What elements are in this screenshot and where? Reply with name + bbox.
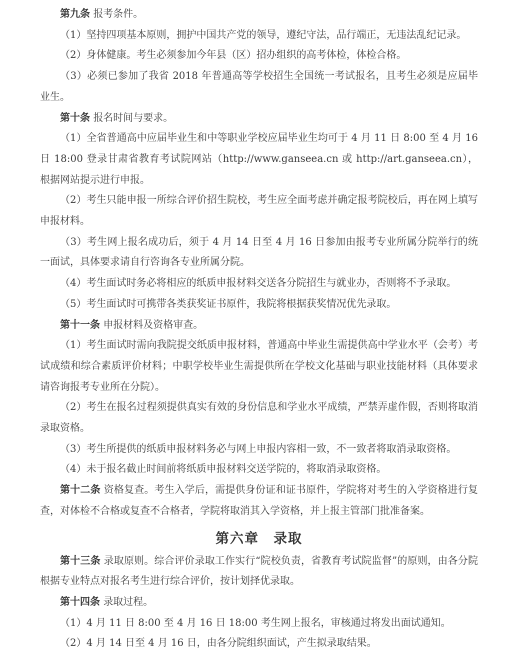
article-paragraph: 第十一条 申报材料及资格审查。 (40, 316, 478, 337)
article-number: 第十二条 (60, 485, 100, 496)
chapter-heading: 第六章 录取 (40, 528, 478, 550)
article-number: 第十条 (60, 113, 90, 124)
body-paragraph: （4）未于报名截止时间前将纸质申报材料交送学院的，将取消录取资格。 (40, 460, 478, 481)
article-number: 第十三条 (60, 556, 100, 567)
paragraph-text: 报名时间与要求。 (93, 113, 173, 124)
document-page: 第九条 报考条件。（1）坚持四项基本原则，拥护中国共产党的领导，遵纪守法，品行端… (0, 0, 520, 659)
article-paragraph: 第十四条 录取过程。 (40, 593, 478, 614)
article-paragraph: 第九条 报考条件。 (40, 5, 478, 26)
body-paragraph: （3）考生网上报名成功后，须于 4 月 14 日至 4 月 16 日参加由报考专… (40, 233, 478, 274)
article-number: 第九条 (60, 9, 90, 20)
body-paragraph: （2）身体健康。考生必须参加今年县（区）招办组织的高考体检，体检合格。 (40, 46, 478, 67)
body-paragraph: （3）必须已参加了我省 2018 年普通高等学校招生全国统一考试报名，且考生必须… (40, 67, 478, 108)
body-paragraph: （1）4 月 11 日 8:00 至 4 月 16 日 18:00 考生网上报名… (40, 614, 478, 635)
article-paragraph: 第十条 报名时间与要求。 (40, 109, 478, 130)
body-paragraph: （4）考生面试时务必将相应的纸质申报材料交送各分院招生与就业办，否则将不予录取。 (40, 274, 478, 295)
article-paragraph: 第十三条 录取原则。综合评价录取工作实行“院校负责，省教育考试院监督”的原则，由… (40, 552, 478, 593)
article-number: 第十一条 (60, 320, 100, 331)
body-paragraph: （2）4 月 14 日至 4 月 16 日，由各分院组织面试，产生拟录取结果。 (40, 634, 478, 655)
paragraph-text: 申报材料及资格审查。 (103, 320, 203, 331)
body-paragraph: （1）考生面试时需向我院提交纸质申报材料，普通高中毕业生需提供高中学业水平（会考… (40, 336, 478, 398)
paragraph-text: 录取原则。综合评价录取工作实行“院校负责，省教育考试院监督”的原则，由各分院根据… (40, 556, 478, 588)
paragraph-text: 报考条件。 (93, 9, 143, 20)
article-paragraph: 第十二条 资格复查。考生入学后，需提供身份证和证书原件，学院将对考生的入学资格进… (40, 481, 478, 522)
body-paragraph: （1）全省普通高中应届毕业生和中等职业学校应届毕业生均可于 4 月 11 日 8… (40, 129, 478, 191)
paragraph-text: 录取过程。 (103, 597, 153, 608)
paragraph-text: 资格复查。考生入学后，需提供身份证和证书原件，学院将对考生的入学资格进行复查，对… (40, 485, 478, 517)
body-paragraph: （2）考生只能申报一所综合评价招生院校，考生应全面考虑并确定报考院校后，再在网上… (40, 191, 478, 232)
body-paragraph: （2）考生在报名过程须提供真实有效的身份信息和学业水平成绩，严禁弄虚作假，否则将… (40, 398, 478, 439)
body-paragraph: （1）坚持四项基本原则，拥护中国共产党的领导，遵纪守法，品行端正，无违法乱纪记录… (40, 26, 478, 47)
document-body: 第九条 报考条件。（1）坚持四项基本原则，拥护中国共产党的领导，遵纪守法，品行端… (40, 5, 478, 655)
body-paragraph: （5）考生面试时可携带各类获奖证书原件，我院将根据获奖情况优先录取。 (40, 295, 478, 316)
body-paragraph: （3）考生所提供的纸质申报材料务必与网上申报内容相一致，不一致者将取消录取资格。 (40, 440, 478, 461)
article-number: 第十四条 (60, 597, 100, 608)
